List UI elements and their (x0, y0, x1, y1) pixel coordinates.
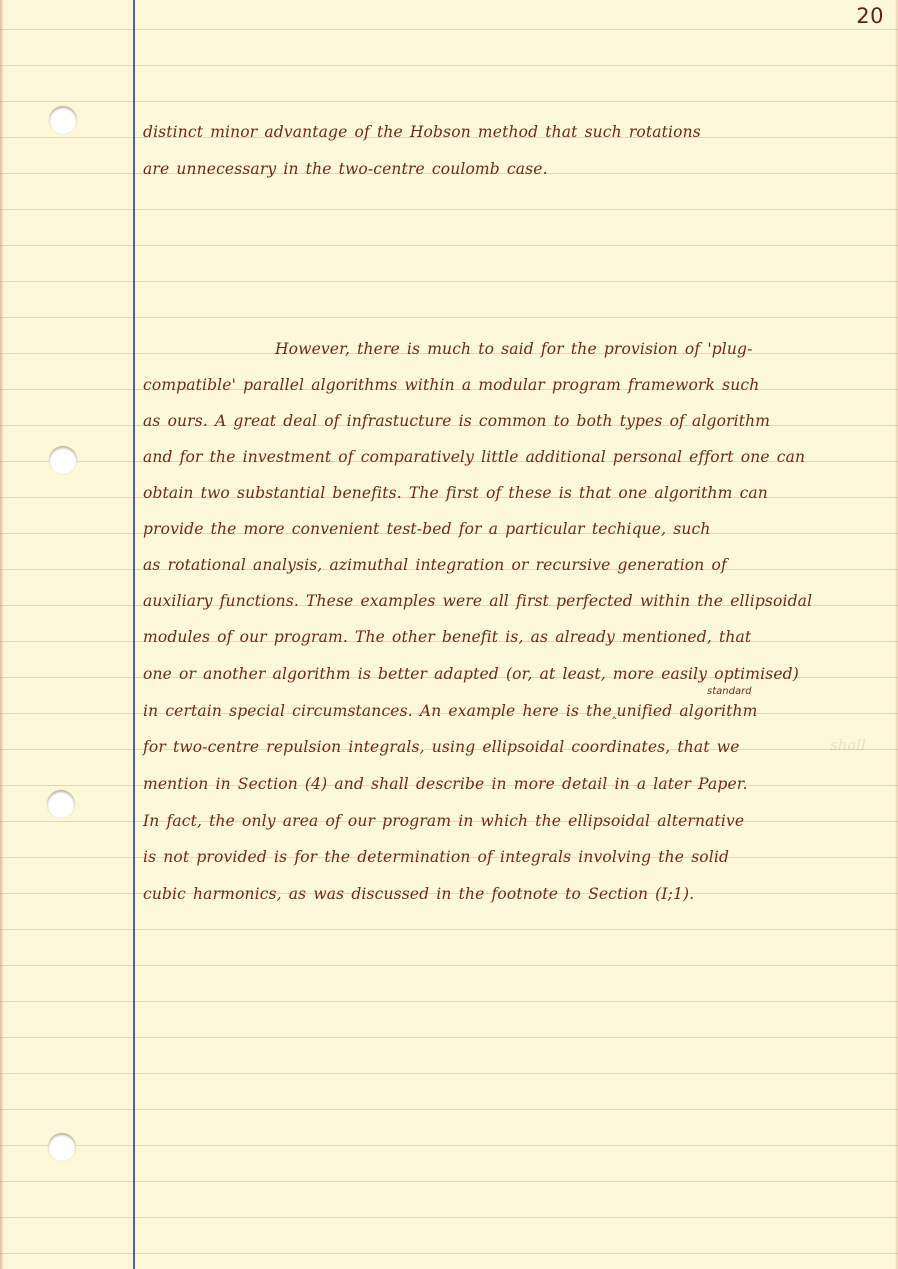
handwritten-line: auxiliary functions. These examples were… (143, 591, 812, 611)
handwritten-line: cubic harmonics, as was discussed in the… (143, 884, 694, 904)
ruled-line (0, 1073, 898, 1074)
punch-hole-icon (49, 446, 77, 474)
handwritten-line: obtain two substantial benefits. The fir… (143, 483, 768, 503)
notebook-page: 20 distinct minor advantage of the Hobso… (0, 0, 898, 1269)
ruled-line (0, 1217, 898, 1218)
erased-word: shall (830, 736, 866, 754)
ruled-line (0, 1109, 898, 1110)
handwritten-line: modules of our program. The other benefi… (143, 627, 751, 647)
ruled-line (0, 929, 898, 930)
ruled-line (0, 1253, 898, 1254)
punch-hole-icon (49, 106, 77, 134)
ruled-line (0, 65, 898, 66)
handwritten-line: are unnecessary in the two-centre coulom… (143, 159, 548, 179)
handwritten-line-with-insertion: in certain special circumstances. An exa… (143, 701, 757, 723)
ruled-line (0, 101, 898, 102)
handwritten-text: in certain special circumstances. An exa… (143, 702, 612, 720)
handwritten-line: compatible' parallel algorithms within a… (143, 375, 759, 395)
ruled-line (0, 209, 898, 210)
punch-hole-icon (48, 1133, 76, 1161)
handwritten-line: as ours. A great deal of infrastucture i… (143, 411, 770, 431)
ruled-line (0, 1037, 898, 1038)
punch-hole-icon (47, 790, 75, 818)
ruled-line (0, 317, 898, 318)
ruled-line (0, 1145, 898, 1146)
ruled-line (0, 965, 898, 966)
handwritten-line: In fact, the only area of our program in… (143, 811, 744, 831)
ruled-line (0, 29, 898, 30)
ruled-line (0, 1181, 898, 1182)
margin-line (133, 0, 135, 1269)
handwritten-line: However, there is much to said for the p… (275, 339, 753, 359)
handwritten-line: for two-centre repulsion integrals, usin… (143, 737, 740, 757)
handwritten-line: and for the investment of comparatively … (143, 447, 805, 467)
handwritten-line: is not provided is for the determination… (143, 847, 729, 867)
inserted-word: standard (707, 686, 752, 697)
page-left-edge (0, 0, 4, 1269)
ruled-line (0, 281, 898, 282)
ruled-line (0, 245, 898, 246)
page-number: 20 (856, 4, 884, 28)
handwritten-text: unified algorithm (617, 702, 758, 720)
handwritten-line: one or another algorithm is better adapt… (143, 664, 799, 684)
ruled-line (0, 1001, 898, 1002)
handwritten-line: distinct minor advantage of the Hobson m… (143, 122, 701, 142)
handwritten-line: as rotational analysis, azimuthal integr… (143, 555, 727, 575)
handwritten-line: provide the more convenient test-bed for… (143, 519, 710, 539)
handwritten-line: mention in Section (4) and shall describ… (143, 774, 748, 794)
